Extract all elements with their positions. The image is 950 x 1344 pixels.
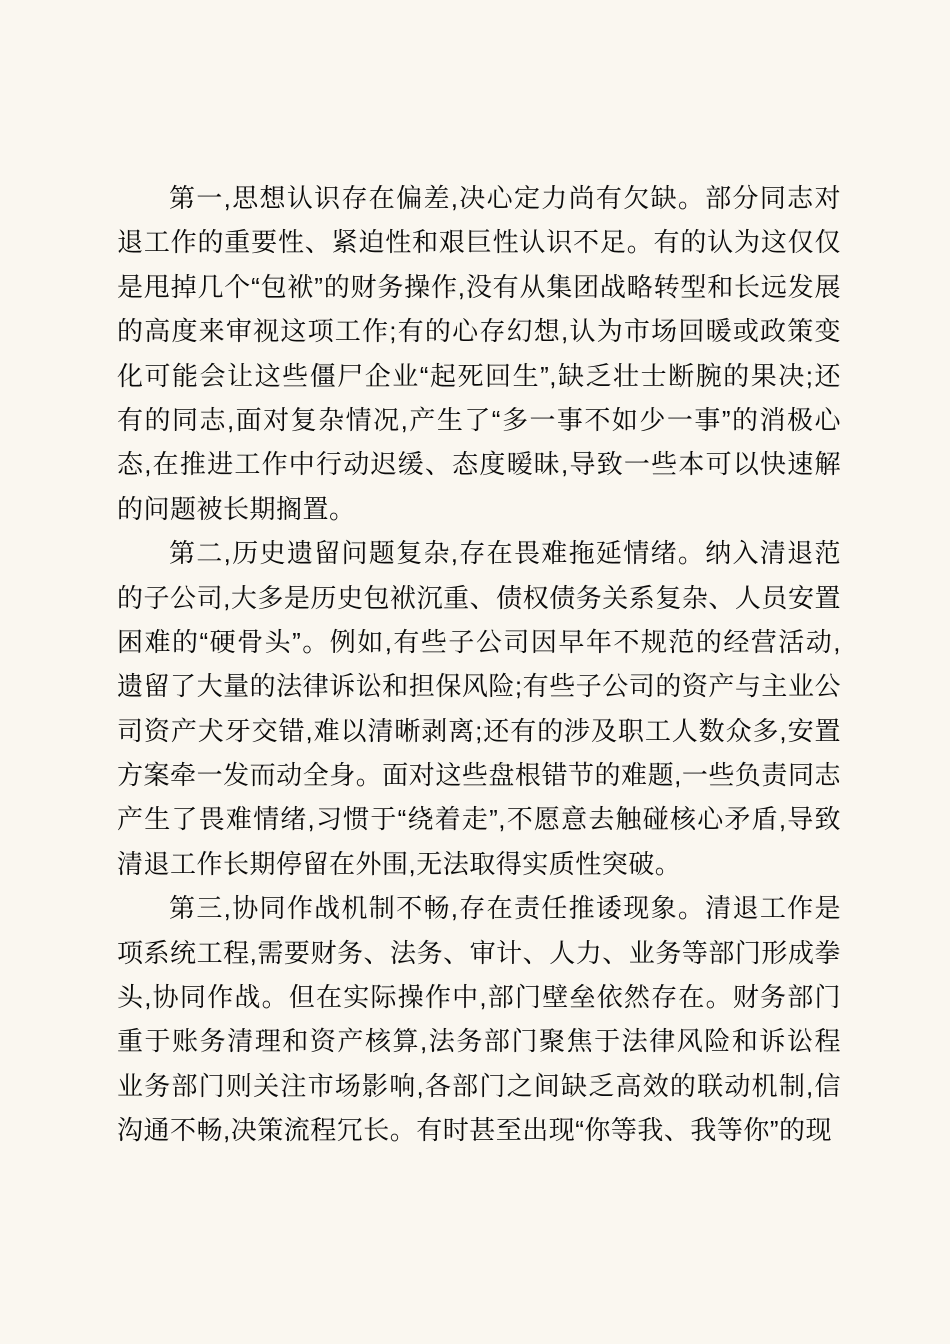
text-line: 的问题被长期搁置。: [117, 487, 841, 531]
text-line: 第二,历史遗留问题复杂,存在畏难拖延情绪。纳入清退范围: [117, 531, 841, 575]
text-line: 的子公司,大多是历史包袱沉重、债权债务关系复杂、人员安置: [117, 576, 841, 620]
paragraph-3: 第三,协同作战机制不畅,存在责任推诿现象。清退工作是一 项系统工程,需要财务、法…: [117, 886, 841, 1152]
text-line: 头,协同作战。但在实际操作中,部门壁垒依然存在。财务部门侧: [117, 975, 841, 1019]
text-line: 产生了畏难情绪,习惯于“绕着走”,不愿意去触碰核心矛盾,导致: [117, 797, 841, 841]
text-line: 有的同志,面对复杂情况,产生了“多一事不如少一事”的消极心: [117, 398, 841, 442]
text-line: 态,在推进工作中行动迟缓、态度暧昧,导致一些本可以快速解决: [117, 442, 841, 486]
paragraph-2: 第二,历史遗留问题复杂,存在畏难拖延情绪。纳入清退范围 的子公司,大多是历史包袱…: [117, 531, 841, 886]
document-page: 第一,思想认识存在偏差,决心定力尚有欠缺。部分同志对清 退工作的重要性、紧迫性和…: [0, 0, 950, 1344]
text-line: 的高度来审视这项工作;有的心存幻想,认为市场回暖或政策变: [117, 309, 841, 353]
text-line: 沟通不畅,决策流程冗长。有时甚至出现“你等我、我等你”的现: [117, 1108, 841, 1152]
text-line: 重于账务清理和资产核算,法务部门聚焦于法律风险和诉讼程序,: [117, 1019, 841, 1063]
document-text-block: 第一,思想认识存在偏差,决心定力尚有欠缺。部分同志对清 退工作的重要性、紧迫性和…: [117, 176, 841, 1153]
text-line: 是甩掉几个“包袱”的财务操作,没有从集团战略转型和长远发展: [117, 265, 841, 309]
text-line: 遗留了大量的法律诉讼和担保风险;有些子公司的资产与主业公: [117, 664, 841, 708]
text-line: 项系统工程,需要财务、法务、审计、人力、业务等部门形成拳: [117, 931, 841, 975]
text-line: 第三,协同作战机制不畅,存在责任推诿现象。清退工作是一: [117, 886, 841, 930]
text-line: 方案牵一发而动全身。面对这些盘根错节的难题,一些负责同志: [117, 753, 841, 797]
paragraph-1: 第一,思想认识存在偏差,决心定力尚有欠缺。部分同志对清 退工作的重要性、紧迫性和…: [117, 176, 841, 531]
text-line: 司资产犬牙交错,难以清晰剥离;还有的涉及职工人数众多,安置: [117, 709, 841, 753]
text-line: 第一,思想认识存在偏差,决心定力尚有欠缺。部分同志对清: [117, 176, 841, 220]
text-line: 困难的“硬骨头”。例如,有些子公司因早年不规范的经营活动,: [117, 620, 841, 664]
text-line: 化可能会让这些僵尸企业“起死回生”,缺乏壮士断腕的果决;还: [117, 354, 841, 398]
text-line: 退工作的重要性、紧迫性和艰巨性认识不足。有的认为这仅仅: [117, 220, 841, 264]
text-line: 业务部门则关注市场影响,各部门之间缺乏高效的联动机制,信息: [117, 1064, 841, 1108]
text-line: 清退工作长期停留在外围,无法取得实质性突破。: [117, 842, 841, 886]
